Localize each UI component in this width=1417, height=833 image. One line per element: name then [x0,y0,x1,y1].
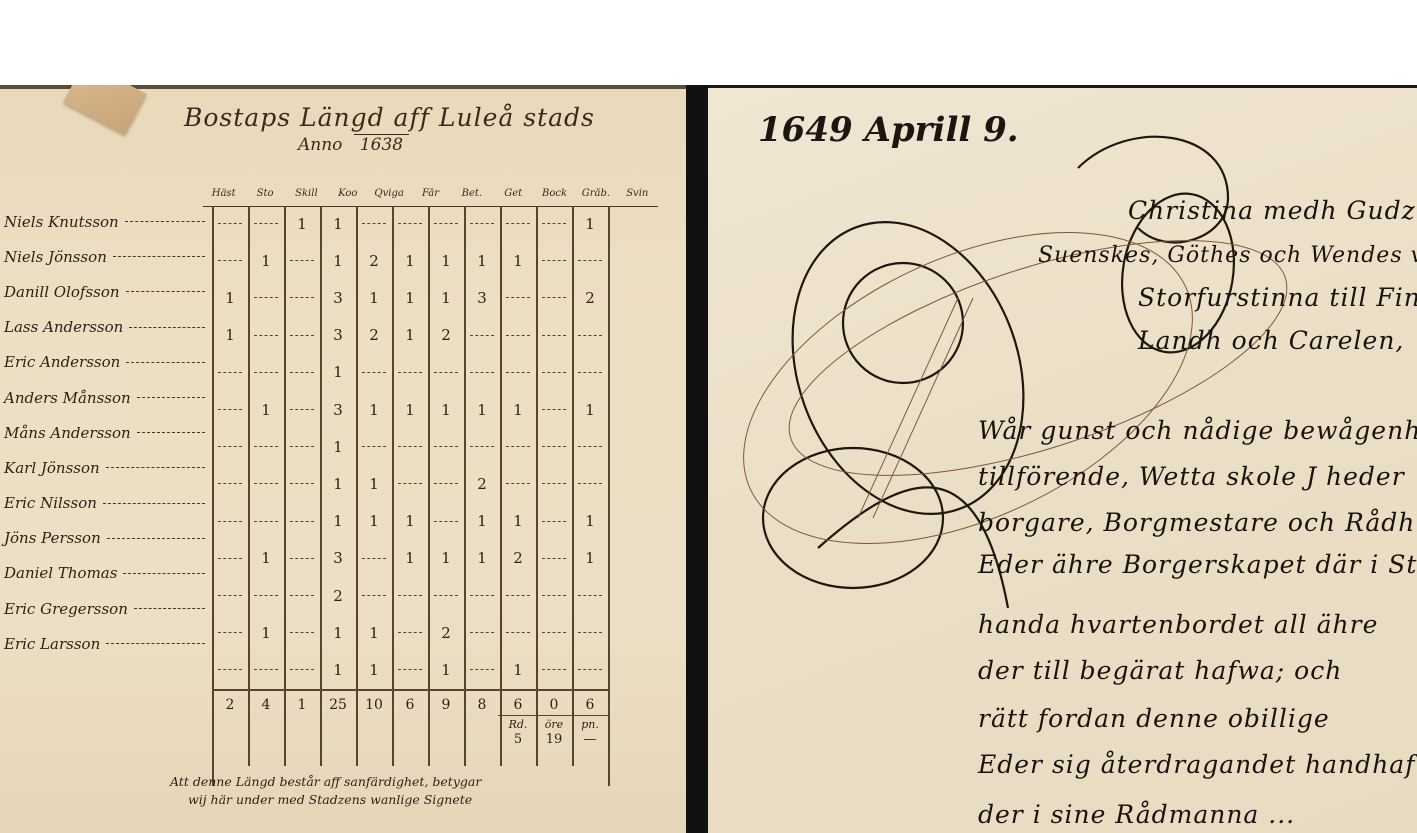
tally-cell: 1 [572,392,608,427]
tally-cell [248,466,284,501]
leader-dots [126,291,205,292]
tally-cell [212,541,248,576]
tally-cell [572,578,608,613]
tally-cell [572,318,608,353]
tally-cell [284,429,320,464]
column-header: Skill [286,188,327,206]
tally-cell [212,429,248,464]
tally-cell [284,504,320,539]
tally-cell: 1 [356,392,392,427]
person-name: Daniel Thomas [4,564,117,582]
tally-cell: 1 [356,466,392,501]
tally-cell: 1 [320,243,356,278]
tally-cell [572,355,608,390]
leader-dots [129,327,205,328]
ledger-row-name: Eric Nilsson [4,486,209,521]
letter-date: 1649 Aprill 9. [758,110,1019,150]
body-line: rätt fordan denne obillige [978,704,1330,733]
tally-cell: 1 [212,280,248,315]
attestation-line-1: Att denne Längd består aff sanfärdighet,… [170,773,620,791]
person-name: Eric Andersson [4,353,120,371]
tally-cell [464,318,500,353]
column-header: Svin [617,188,658,206]
tally-cell [248,578,284,613]
tally-cell [356,206,392,241]
tally-cell [464,652,500,687]
tally-cell [500,429,536,464]
tally-cell: 1 [212,318,248,353]
tally-cell [248,652,284,687]
body-line: borgare, Borgmestare och Rådh i Luleå [978,508,1417,537]
tally-cell: 1 [464,504,500,539]
tally-cell [248,206,284,241]
tally-cell [500,318,536,353]
tally-cell [392,355,428,390]
salutation-line: Christina medh Gudz [1128,196,1416,225]
tally-cell [356,541,392,576]
tally-cell [536,541,572,576]
body-line: der i sine Rådmanna ... [978,800,1295,829]
tally-cell: 1 [500,392,536,427]
tally-cell [248,429,284,464]
tally-cell [392,206,428,241]
tally-cell [284,243,320,278]
person-name: Niels Knutsson [4,213,119,231]
tally-cell [212,206,248,241]
tally-cell [356,578,392,613]
ledger-row-name: Eric Gregersson [4,591,209,626]
column-total: 25 [320,697,356,713]
tally-cell [536,243,572,278]
tally-cell: 1 [428,652,464,687]
person-name: Jöns Persson [4,529,101,547]
leader-dots [106,467,205,468]
tally-cell: 3 [320,541,356,576]
tally-cell: 1 [428,280,464,315]
tally-cell [536,504,572,539]
leader-dots [107,538,205,539]
tally-grid: 1111121111131113213212113111111111211111… [212,206,608,690]
leader-dots [123,573,205,574]
tally-cell: 2 [428,615,464,650]
year-value: 1638 [354,134,409,155]
ledger-row-name: Eric Andersson [4,345,209,380]
ledger-row-name: Niels Knutsson [4,204,209,239]
currency-label: öre [536,717,572,732]
tally-cell: 1 [320,652,356,687]
tally-cell [284,392,320,427]
tally-cell [212,243,248,278]
tally-cell: 1 [572,504,608,539]
tally-cell: 1 [572,206,608,241]
person-name: Lass Andersson [4,318,123,336]
tally-cell [284,355,320,390]
tally-cell: 1 [356,280,392,315]
leader-dots [137,432,205,433]
person-name: Anders Månsson [4,389,131,407]
tally-cell [428,429,464,464]
column-headers: HästStoSkillKooQvigaFårBet.GetBockGråb.S… [203,188,658,207]
tally-cell: 1 [248,392,284,427]
tally-cell [536,206,572,241]
tally-cell [284,615,320,650]
tally-cell [212,578,248,613]
person-name: Danill Olofsson [4,283,120,301]
tally-cell: 1 [500,504,536,539]
body-line: der till begärat hafwa; och [978,656,1342,685]
column-total: 10 [356,697,392,713]
tally-cell [212,392,248,427]
tally-cell [284,541,320,576]
column-total: 8 [464,697,500,713]
person-name: Niels Jönsson [4,248,107,266]
tally-cell: 3 [320,318,356,353]
person-name: Karl Jönsson [4,459,100,477]
column-header: Får [410,188,451,206]
tally-cell: 3 [320,392,356,427]
name-column: Niels KnutssonNiels JönssonDanill Olofss… [4,204,209,661]
tally-cell: 1 [392,280,428,315]
tally-cell: 1 [320,206,356,241]
subtotal-rule [498,715,608,716]
tally-cell [212,504,248,539]
letter-page: 1649 Aprill 9. Christina medh Gudz Suens… [708,88,1417,833]
person-name: Eric Gregersson [4,600,128,618]
column-total: 6 [500,697,536,713]
tally-cell [284,466,320,501]
tally-cell [536,318,572,353]
tally-cell [248,504,284,539]
tally-cell [464,355,500,390]
body-line: Eder ähre Borgerskapet där i Staden [978,550,1417,579]
column-total: 6 [572,697,608,713]
tally-cell [392,466,428,501]
leader-dots [113,256,205,257]
tally-cell [212,466,248,501]
tally-cell [536,429,572,464]
body-line: Wår gunst och nådige bewågenhet [978,416,1417,445]
tally-cell: 3 [320,280,356,315]
tally-cell [500,280,536,315]
tally-cell [464,578,500,613]
tally-cell [536,280,572,315]
tally-cell [464,615,500,650]
column-header: Häst [203,188,244,206]
tally-cell [536,615,572,650]
paper-tab [63,85,146,135]
tally-cell: 2 [356,243,392,278]
tally-cell [356,355,392,390]
leader-dots [137,397,205,398]
totals-rule [212,689,608,691]
leader-dots [103,503,205,504]
tally-cell [248,355,284,390]
body-line: handa hvartenbordet all ähre [978,610,1378,639]
tally-cell: 1 [464,541,500,576]
salutation-line: Suenskes, Göthes och Wendes vthkorade Dr… [1038,243,1417,268]
column-header: Sto [244,188,285,206]
tally-cell [500,615,536,650]
person-name: Eric Nilsson [4,494,97,512]
tally-cell [464,429,500,464]
tally-cell: 2 [500,541,536,576]
currency-value: — [572,732,608,747]
tally-cell [536,466,572,501]
tally-cell [500,466,536,501]
tally-cell: 2 [428,318,464,353]
leader-dots [106,643,205,644]
ledger-title: Bostaps Längd aff Luleå stads [184,103,595,132]
attestation-note: Att denne Längd består aff sanfärdighet,… [170,773,620,809]
tally-cell: 1 [500,652,536,687]
tally-cell [500,355,536,390]
tally-cell [212,355,248,390]
tally-cell: 1 [428,243,464,278]
tally-cell: 1 [392,318,428,353]
tally-cell: 1 [392,392,428,427]
currency-subtotal: Rd.5 [500,717,536,747]
tally-cell: 1 [500,243,536,278]
tally-cell: 2 [356,318,392,353]
tally-cell: 1 [356,504,392,539]
ledger-row-name: Anders Månsson [4,380,209,415]
tally-cell [572,466,608,501]
tally-cell: 3 [464,280,500,315]
tally-cell: 1 [428,392,464,427]
tally-cell [536,652,572,687]
tally-cell: 1 [320,429,356,464]
tally-cell [428,206,464,241]
tally-cell [500,206,536,241]
tally-cell [284,578,320,613]
ledger-row-name: Jöns Persson [4,521,209,556]
tally-cell: 1 [392,541,428,576]
tally-cell: 1 [320,504,356,539]
attestation-line-2: wij här under med Stadzens wanlige Signe… [170,791,620,809]
tally-cell: 1 [248,243,284,278]
ledger-row-name: Eric Larsson [4,626,209,661]
tally-cell: 1 [248,541,284,576]
leader-dots [134,608,205,609]
currency-value: 19 [536,732,572,747]
ledger-row-name: Daniel Thomas [4,556,209,591]
tally-cell: 1 [392,243,428,278]
tally-cell [248,318,284,353]
body-line: tillförende, Wetta skole J heder [978,462,1405,491]
tally-cell: 1 [356,615,392,650]
ledger-page: Bostaps Längd aff Luleå stads Anno 1638 … [0,85,686,833]
tally-cell [212,652,248,687]
column-total: 9 [428,697,464,713]
column-total: 4 [248,697,284,713]
tally-cell [428,355,464,390]
tally-cell: 1 [428,541,464,576]
tally-cell: 1 [284,206,320,241]
ledger-row-name: Lass Andersson [4,310,209,345]
currency-value: 5 [500,732,536,747]
column-total: 0 [536,697,572,713]
currency-subtotal: pn.— [572,717,608,747]
tally-cell [212,615,248,650]
tally-cell [428,504,464,539]
tally-cell: 2 [464,466,500,501]
ledger-year: Anno 1638 [298,135,409,155]
tally-cell: 1 [464,243,500,278]
tally-cell: 1 [320,615,356,650]
tally-cell: 1 [248,615,284,650]
tally-cell [428,466,464,501]
currency-label: Rd. [500,717,536,732]
person-name: Måns Andersson [4,424,131,442]
column-header: Gråb. [575,188,616,206]
tally-cell [284,318,320,353]
column-header: Koo [327,188,368,206]
tally-cell [428,578,464,613]
column-total: 2 [212,697,248,713]
tally-cell [248,280,284,315]
currency-label: pn. [572,717,608,732]
column-header: Bock [534,188,575,206]
tally-cell: 1 [320,466,356,501]
tally-cell [284,280,320,315]
tally-cell [392,652,428,687]
currency-subtotal: öre19 [536,717,572,747]
column-header: Qviga [368,188,409,206]
tally-cell [392,615,428,650]
person-name: Eric Larsson [4,635,100,653]
tally-cell: 1 [464,392,500,427]
tally-cell: 1 [392,504,428,539]
tally-cell [572,652,608,687]
tally-cell: 2 [572,280,608,315]
top-margin [0,0,1417,85]
tally-cell [572,429,608,464]
tally-cell [392,578,428,613]
salutation-line: Storfurstinna till Finland, [1138,283,1417,312]
tally-cell: 1 [320,355,356,390]
column-total: 1 [284,697,320,713]
column-header: Bet. [451,188,492,206]
tally-cell: 2 [320,578,356,613]
tally-cell [284,652,320,687]
tally-cell [572,243,608,278]
column-total: 6 [392,697,428,713]
column-header: Get [493,188,534,206]
tally-cell [464,206,500,241]
year-label: Anno [298,135,342,155]
body-line: Eder sig återdragandet handhafwa [978,750,1417,779]
tally-cell: 1 [356,652,392,687]
tally-cell [572,615,608,650]
tally-cell [536,578,572,613]
tally-cell: 1 [572,541,608,576]
ledger-row-name: Måns Andersson [4,415,209,450]
ledger-row-name: Karl Jönsson [4,450,209,485]
tally-cell [500,578,536,613]
ledger-row-name: Danill Olofsson [4,274,209,309]
ledger-row-name: Niels Jönsson [4,239,209,274]
leader-dots [125,221,205,222]
tally-cell [356,429,392,464]
leader-dots [126,362,205,363]
tally-cell [536,392,572,427]
column-rule [608,206,610,786]
salutation-line: Landh och Carelen, [1138,326,1404,355]
tally-cell [536,355,572,390]
tally-cell [392,429,428,464]
